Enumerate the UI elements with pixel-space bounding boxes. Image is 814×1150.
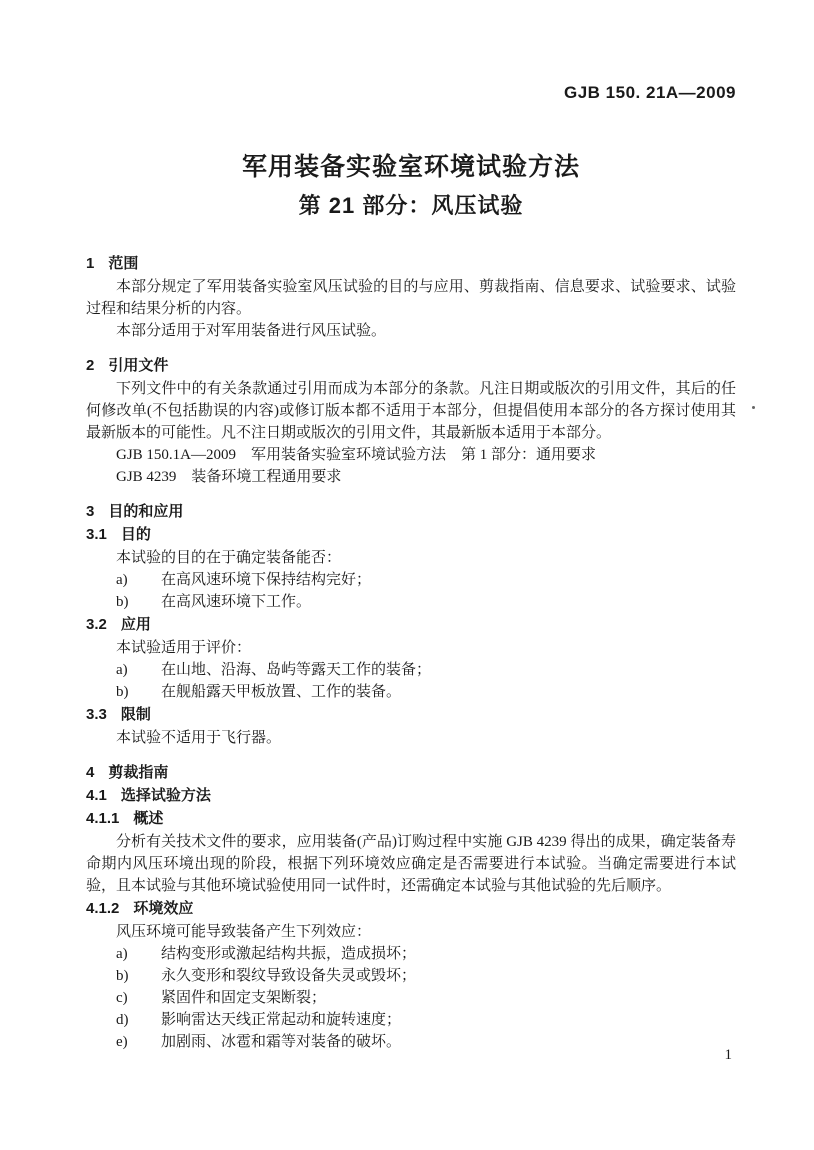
list-marker: b): [116, 965, 161, 987]
list-intro: 本试验的目的在于确定装备能否：: [86, 547, 736, 569]
list-intro: 风压环境可能导致装备产生下列效应：: [86, 921, 736, 943]
list-text: 在高风速环境下保持结构完好；: [161, 569, 371, 591]
section-title: 限制: [121, 706, 151, 723]
list-text: 结构变形或激起结构共振，造成损坏；: [161, 943, 416, 965]
section-number: 3.3: [86, 704, 107, 726]
section-1-heading: 1范围: [86, 253, 736, 275]
list-item: e) 加剧雨、冰雹和霜等对装备的破坏。: [86, 1031, 736, 1053]
section-number: 4.1: [86, 785, 107, 807]
paragraph: 本部分适用于对军用装备进行风压试验。: [86, 320, 736, 342]
section-number: 3.1: [86, 524, 107, 546]
section-number: 1: [86, 253, 94, 275]
list-marker: c): [116, 987, 161, 1009]
section-3-3-heading: 3.3限制: [86, 704, 736, 726]
list-text: 在山地、沿海、岛屿等露天工作的装备；: [161, 659, 431, 681]
section-number: 3: [86, 501, 94, 523]
section-title: 选择试验方法: [121, 787, 211, 804]
section-title: 目的: [121, 526, 151, 543]
document-page: GJB 150. 21A—2009 军用装备实验室环境试验方法 第 21 部分：…: [0, 0, 814, 1150]
list-item: a) 结构变形或激起结构共振，造成损坏；: [86, 943, 736, 965]
document-title: 军用装备实验室环境试验方法 第 21 部分：风压试验: [86, 152, 736, 219]
list-marker: a): [116, 569, 161, 591]
section-2-heading: 2引用文件: [86, 355, 736, 377]
list-item: b) 永久变形和裂纹导致设备失灵或毁坏；: [86, 965, 736, 987]
list-marker: a): [116, 943, 161, 965]
section-number: 4.1.1: [86, 808, 119, 830]
title-line-2: 第 21 部分：风压试验: [86, 193, 736, 219]
list-marker: d): [116, 1009, 161, 1031]
list-text: 紧固件和固定支架断裂；: [161, 987, 326, 1009]
list-text: 在舰船露天甲板放置、工作的装备。: [161, 681, 401, 703]
doc-number: GJB 150. 21A—2009: [86, 84, 736, 102]
list-text: 加剧雨、冰雹和霜等对装备的破坏。: [161, 1031, 401, 1053]
list-text: 在高风速环境下工作。: [161, 591, 311, 613]
section-number: 3.2: [86, 614, 107, 636]
section-4-heading: 4剪裁指南: [86, 762, 736, 784]
section-4-1-1-heading: 4.1.1概述: [86, 808, 736, 830]
list-text: 影响雷达天线正常起动和旋转速度；: [161, 1009, 401, 1031]
list-item: b) 在舰船露天甲板放置、工作的装备。: [86, 681, 736, 703]
section-title: 范围: [108, 255, 138, 272]
section-title: 剪裁指南: [108, 764, 168, 781]
list-text: 永久变形和裂纹导致设备失灵或毁坏；: [161, 965, 416, 987]
list-item: a) 在山地、沿海、岛屿等露天工作的装备；: [86, 659, 736, 681]
reference-line: GJB 150.1A—2009 军用装备实验室环境试验方法 第 1 部分：通用要…: [86, 444, 736, 466]
list-item: d) 影响雷达天线正常起动和旋转速度；: [86, 1009, 736, 1031]
page-number: 1: [725, 1046, 733, 1064]
section-title: 概述: [133, 810, 163, 827]
title-line-1: 军用装备实验室环境试验方法: [86, 152, 736, 182]
paragraph: 本试验不适用于飞行器。: [86, 727, 736, 749]
section-3-1-heading: 3.1目的: [86, 524, 736, 546]
list-item: b) 在高风速环境下工作。: [86, 591, 736, 613]
paragraph: 分析有关技术文件的要求，应用装备(产品)订购过程中实施 GJB 4239 得出的…: [86, 831, 736, 897]
list-marker: e): [116, 1031, 161, 1053]
section-3-heading: 3目的和应用: [86, 501, 736, 523]
section-3-2-heading: 3.2应用: [86, 614, 736, 636]
section-title: 环境效应: [133, 900, 193, 917]
section-title: 引用文件: [108, 357, 168, 374]
list-item: c) 紧固件和固定支架断裂；: [86, 987, 736, 1009]
section-number: 4.1.2: [86, 898, 119, 920]
section-title: 目的和应用: [108, 503, 183, 520]
paragraph: 本部分规定了军用装备实验室风压试验的目的与应用、剪裁指南、信息要求、试验要求、试…: [86, 276, 736, 320]
list-marker: b): [116, 681, 161, 703]
section-title: 应用: [121, 616, 151, 633]
scan-artifact-dot: [752, 406, 755, 409]
reference-line: GJB 4239 装备环境工程通用要求: [86, 466, 736, 488]
paragraph: 下列文件中的有关条款通过引用而成为本部分的条款。凡注日期或版次的引用文件，其后的…: [86, 378, 736, 444]
list-marker: b): [116, 591, 161, 613]
list-marker: a): [116, 659, 161, 681]
section-4-1-heading: 4.1选择试验方法: [86, 785, 736, 807]
list-item: a) 在高风速环境下保持结构完好；: [86, 569, 736, 591]
list-intro: 本试验适用于评价：: [86, 637, 736, 659]
section-number: 2: [86, 355, 94, 377]
section-number: 4: [86, 762, 94, 784]
section-4-1-2-heading: 4.1.2环境效应: [86, 898, 736, 920]
